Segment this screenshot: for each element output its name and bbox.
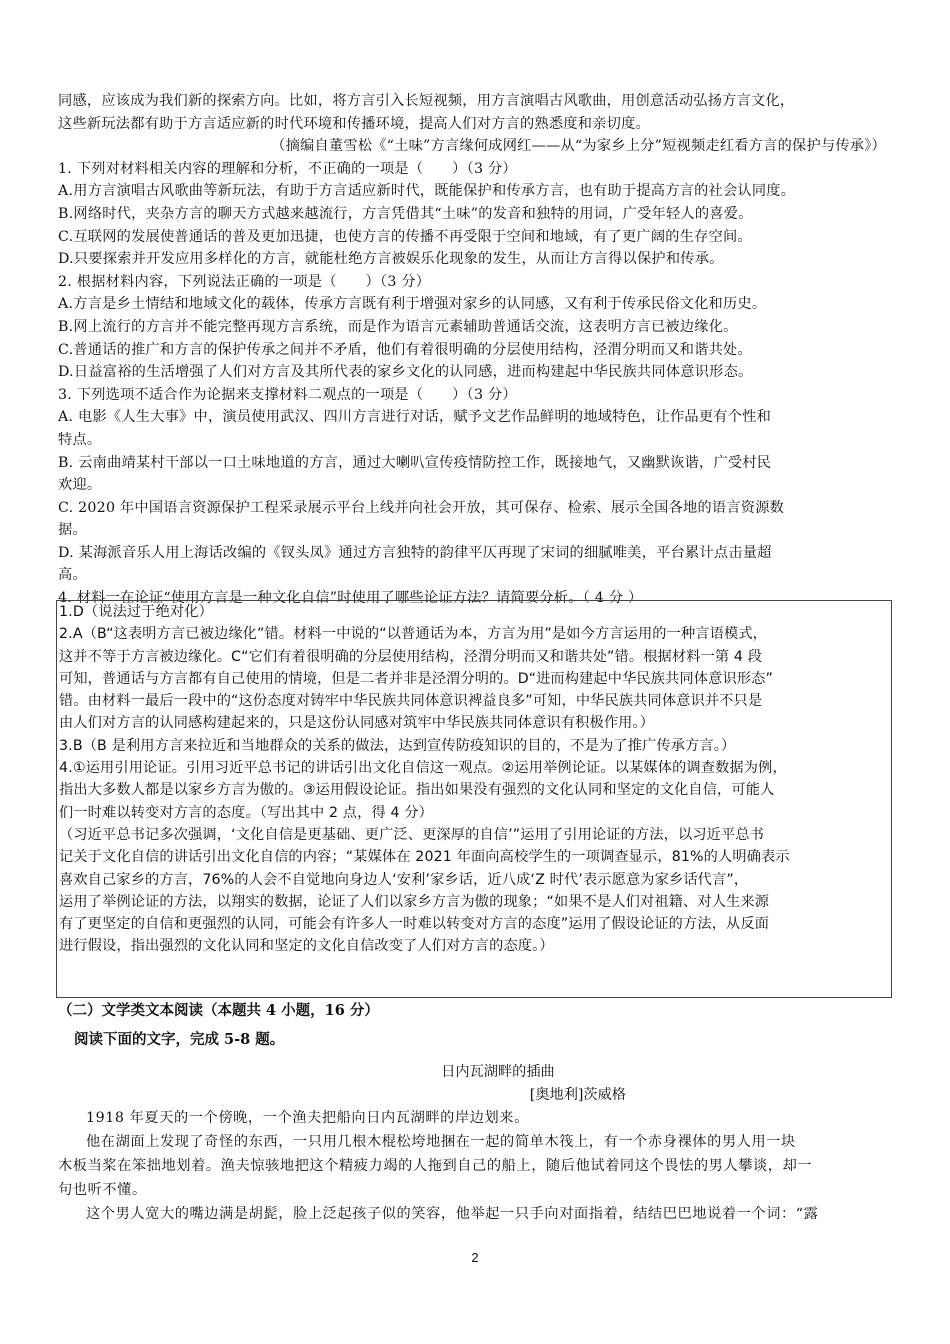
literary-reading-section: （二）文学类文本阅读（本题共 4 小题，16 分） 阅读下面的文字，完成 5-8… (58, 1000, 898, 1226)
option-d: D. 某海派音乐人用上海话改编的《钗头凤》通过方言独特的韵律平仄再现了宋词的细腻… (58, 542, 894, 565)
question-stem: 3. 下列选项不适合作为论据来支撑材料二观点的一项是（ ）（3 分） (58, 384, 894, 407)
option-a-cont: 特点。 (58, 429, 894, 452)
story-paragraph-cont: 木板当桨在笨拙地划着。渔夫惊骇地把这个精疲力竭的人拖到自己的船上，随后他试着同这… (58, 1154, 898, 1178)
intro-line: 同感，应该成为我们新的探索方向。比如，将方言引入长短视频，用方言演唱古风歌曲，用… (58, 90, 894, 113)
section-title: （二）文学类文本阅读（本题共 4 小题，16 分） (58, 1000, 898, 1022)
option-a: A.用方言演唱古风歌曲等新玩法，有助于方言适应新时代，既能保护和传承方言，也有助… (58, 180, 894, 203)
option-b: B. 云南曲靖某村干部以一口土味地道的方言，通过大喇叭宣传疫情防控工作，既接地气… (58, 452, 894, 475)
option-b: B.网上流行的方言并不能完整再现方言系统，而是作为语言元素辅助普通话交流，这表明… (58, 316, 894, 339)
option-a: A. 电影《人生大事》中，演员使用武汉、四川方言进行对话，赋予文艺作品鲜明的地域… (58, 406, 894, 429)
question-stem: 2. 根据材料内容，下列说法正确的一项是（ ）（3 分） (58, 271, 894, 294)
option-c: C.普通话的推广和方言的保护传承之间并不矛盾，他们有着很明确的分层使用结构，泾渭… (58, 339, 894, 362)
answer-line: 由人们对方言的认同感构建起来的，只是这份认同感对筑牢中华民族共同体意识有积极作用… (59, 712, 889, 734)
question-2: 2. 根据材料内容，下列说法正确的一项是（ ）（3 分） A.方言是乡土情结和地… (58, 271, 894, 384)
answer-line: 运用了举例论证的方法，以翔实的数据，论证了人们以家乡方言为傲的现象；“如果不是人… (59, 891, 889, 913)
option-d: D.只要探索并开发应用多样化的方言，就能杜绝方言被娱乐化现象的发生，从而让方言得… (58, 248, 894, 271)
answer-line: 1.D（说法过于绝对化） (59, 601, 889, 623)
story-title: 日内瓦湖畔的插曲 (58, 1060, 898, 1084)
answer-line: （习近平总书记多次强调，‘文化自信是更基础、更广泛、更深厚的自信’”运用了引用论… (59, 824, 889, 846)
answer-line: 4.①运用引用论证。引用习近平总书记的讲话引出文化自信这一观点。②运用举例论证。… (59, 757, 889, 779)
intro-line: 这些新玩法都有助于方言适应新的时代环境和传播环境，提高人们对方言的熟悉度和亲切度… (58, 113, 894, 136)
option-c-cont: 据。 (58, 519, 894, 542)
answer-key-box: 1.D（说法过于绝对化） 2.A（B“这表明方言已被边缘化”错。材料一中说的“以… (56, 600, 892, 998)
source-citation: （摘编自董雪松《“土味”方言缘何成网红——从“为家乡上分”短视频走红看方言的保护… (58, 135, 894, 158)
section-instruction: 阅读下面的文字，完成 5-8 题。 (58, 1028, 898, 1052)
answer-line: 错。由材料一最后一段中的“这份态度对铸牢中华民族共同体意识裨益良多”可知，中华民… (59, 690, 889, 712)
answer-line: 进行假设，指出强烈的文化认同和坚定的文化自信改变了人们对方言的态度。） (59, 935, 889, 957)
answer-line: 有了更坚定的自信和更强烈的认同，可能会有许多人一时难以转变对方言的态度”运用了假… (59, 913, 889, 935)
story-paragraph: 这个男人宽大的嘴边满是胡髭，脸上泛起孩子似的笑容，他举起一只手向对面指着，结结巴… (58, 1202, 898, 1226)
page-number: 2 (0, 1250, 950, 1265)
answer-line: 3.B（B 是利用方言来拉近和当地群众的关系的做法，达到宣传防疫知识的目的，不是… (59, 735, 889, 757)
answer-line: 指出大多数人都是以家乡方言为傲的。③运用假设论证。指出如果没有强烈的文化认同和坚… (59, 779, 889, 801)
answer-line: 2.A（B“这表明方言已被边缘化”错。材料一中说的“以普通话为本，方言为用”是如… (59, 623, 889, 645)
option-a: A.方言是乡土情结和地域文化的载体，传承方言既有利于增强对家乡的认同感，又有利于… (58, 293, 894, 316)
option-c: C. 2020 年中国语言资源保护工程采录展示平台上线并向社会开放，其可保存、检… (58, 497, 894, 520)
story-paragraph-cont: 句也听不懂。 (58, 1178, 898, 1202)
document-page: 同感，应该成为我们新的探索方向。比如，将方言引入长短视频，用方言演唱古风歌曲，用… (58, 90, 894, 610)
story-author: [奥地利]茨威格 (58, 1084, 898, 1106)
answer-line: 可知，普通话与方言都有自己使用的情境，但是二者并非是泾渭分明的。D“进而构建起中… (59, 668, 889, 690)
answer-line: 记关于文化自信的讲话引出文化自信的内容；“某媒体在 2021 年面向高校学生的一… (59, 846, 889, 868)
option-d: D.日益富裕的生活增强了人们对方言及其所代表的家乡文化的认同感，进而构建起中华民… (58, 361, 894, 384)
option-c: C.互联网的发展使普通话的普及更加迅捷，也使方言的传播不再受限于空间和地域，有了… (58, 226, 894, 249)
option-b: B.网络时代，夹杂方言的聊天方式越来越流行，方言凭借其“土味”的发音和独特的用词… (58, 203, 894, 226)
option-d-cont: 高。 (58, 564, 894, 587)
answer-line: 们一时难以转变对方言的态度。（写出其中 2 点，得 4 分） (59, 802, 889, 824)
question-stem: 1. 下列对材料相关内容的理解和分析，不正确的一项是（ ）（3 分） (58, 158, 894, 181)
story-paragraph: 他在湖面上发现了奇怪的东西，一只用几根木棍松垮地捆在一起的简单木筏上，有一个赤身… (58, 1130, 898, 1154)
answer-line: 这并不等于方言被边缘化。C“它们有着很明确的分层使用结构，泾渭分明而又和谐共处”… (59, 646, 889, 668)
question-1: 1. 下列对材料相关内容的理解和分析，不正确的一项是（ ）（3 分） A.用方言… (58, 158, 894, 271)
story-paragraph: 1918 年夏天的一个傍晚，一个渔夫把船向日内瓦湖畔的岸边划来。 (58, 1106, 898, 1130)
question-3: 3. 下列选项不适合作为论据来支撑材料二观点的一项是（ ）（3 分） A. 电影… (58, 384, 894, 587)
answer-line: 喜欢自己家乡的方言，76%的人会不自觉地向身边人‘安利’家乡话，近八成‘Z 时代… (59, 869, 889, 891)
option-b-cont: 欢迎。 (58, 474, 894, 497)
